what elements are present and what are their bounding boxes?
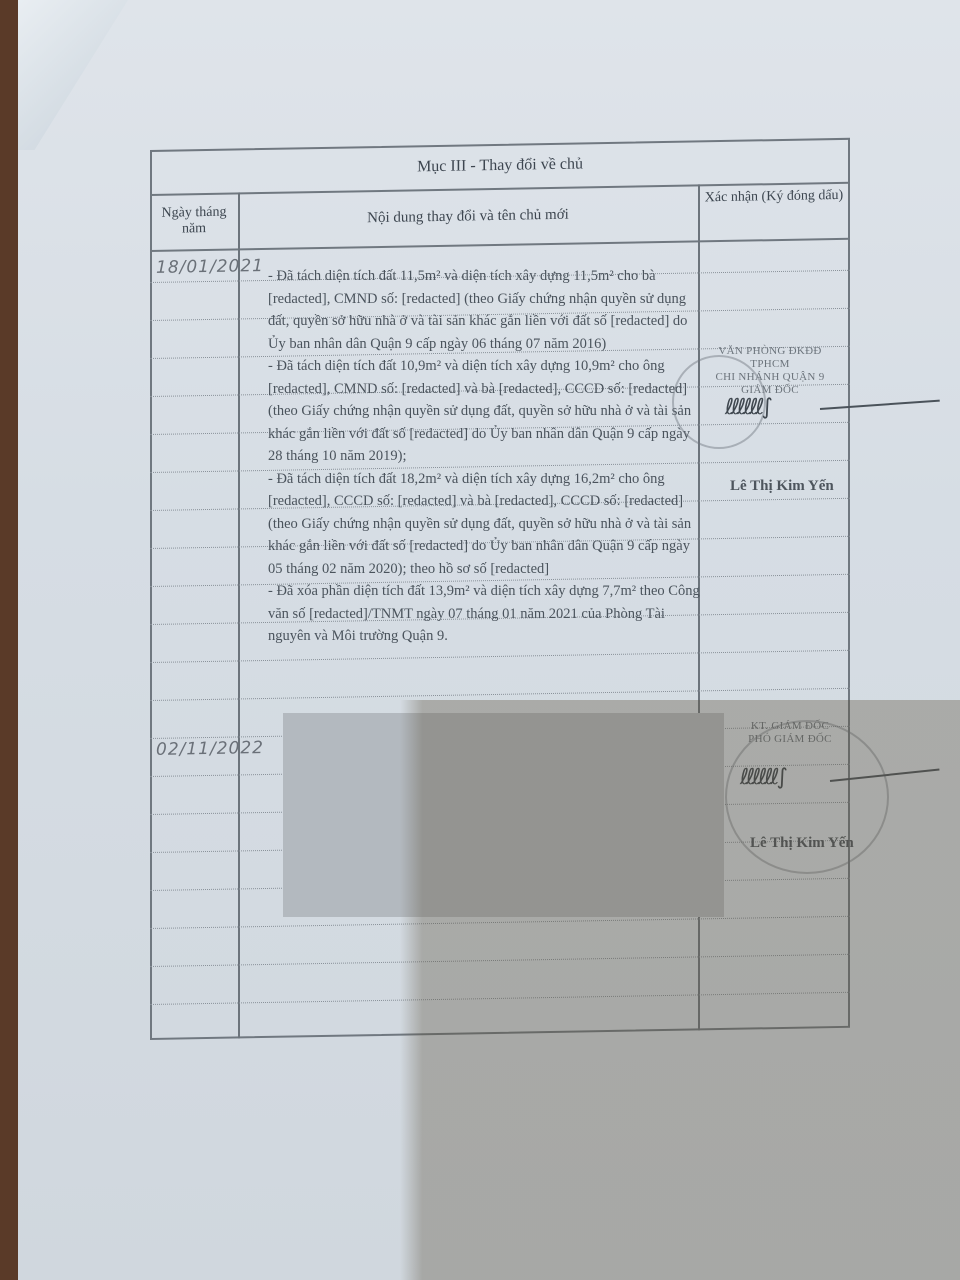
stamp-line: VĂN PHÒNG ĐKĐĐ TPHCM <box>700 345 840 371</box>
entry-1-paragraph: - Đã tách diện tích đất 18,2m² và diện t… <box>268 468 708 581</box>
stamp-line: GIÁM ĐỐC <box>700 384 840 397</box>
signature-icon: ℓℓℓℓℓℓ∫ <box>725 395 770 420</box>
stamp-entry-1: VĂN PHÒNG ĐKĐĐ TPHCM CHI NHÁNH QUẬN 9 GI… <box>700 345 840 397</box>
stamp-line: CHI NHÁNH QUẬN 9 <box>700 371 840 384</box>
entry-1-paragraph: - Đã xóa phần diện tích đất 13,9m² và di… <box>268 580 708 648</box>
entry-1-paragraph: - Đã tách diện tích đất 10,9m² và diện t… <box>268 355 708 468</box>
header-content: Nội dung thay đổi và tên chủ mới <box>238 184 698 248</box>
stamp-entry-2: KT. GIÁM ĐỐC PHÓ GIÁM ĐỐC <box>730 720 850 746</box>
table-header: Ngày tháng năm Nội dung thay đổi và tên … <box>150 182 850 252</box>
stamp-line: KT. GIÁM ĐỐC <box>730 720 850 733</box>
entry-1-paragraph: - Đã tách diện tích đất 11,5m² và diện t… <box>268 265 708 355</box>
header-confirm: Xác nhận (Ký đóng dấu) <box>698 182 850 241</box>
entry-date-2: 02/11/2022 <box>156 738 264 760</box>
entry-date-1: 18/01/2021 <box>156 256 264 278</box>
entry-1-content: - Đã tách diện tích đất 11,5m² và diện t… <box>268 265 708 648</box>
signer-name-1: Lê Thị Kim Yến <box>730 478 834 495</box>
header-date: Ngày tháng năm <box>150 192 238 250</box>
redacted-entry-2-content <box>283 713 724 917</box>
signer-name-2: Lê Thị Kim Yến <box>750 835 854 852</box>
signature-icon: ℓℓℓℓℓℓ∫ <box>740 765 785 790</box>
stamp-line: PHÓ GIÁM ĐỐC <box>730 733 850 746</box>
